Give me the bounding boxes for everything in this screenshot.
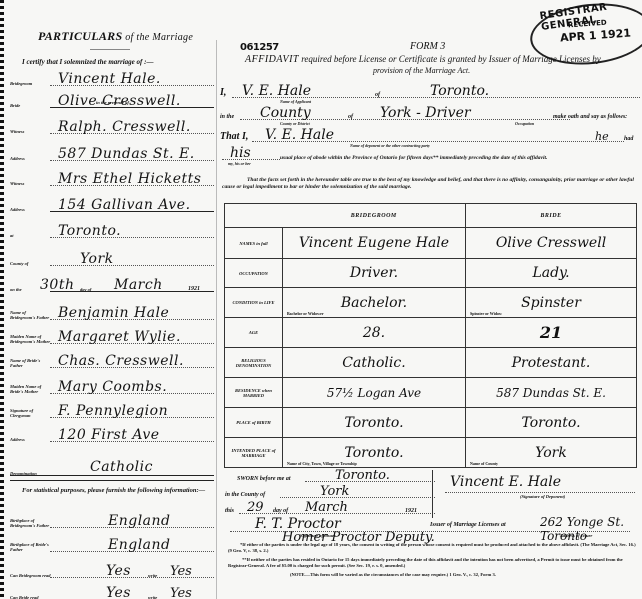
groom-value: Vincent Eugene Hale [283, 228, 466, 259]
field-bride-mother: Maiden Name of Bride's Mother Mary Coomb… [10, 372, 214, 396]
field-denomination: Denomination Catholic [10, 444, 214, 468]
year-value: 1921 [188, 287, 200, 292]
field-label: Signature of Clergyman [10, 408, 52, 418]
groom-value: Catholic. [283, 348, 466, 378]
affidavit-heading: AFFIDAVIT required before License or Cer… [245, 54, 642, 65]
row-label: CONDITION in LIFE [225, 288, 283, 318]
field-value: F. Pennylegion [58, 403, 168, 419]
bride-place-hint: Name of County [470, 461, 498, 466]
day-value: 30th [40, 277, 74, 293]
bride-value: 587 Dundas St. E. [466, 378, 637, 408]
field-value: England [108, 513, 171, 529]
affidavit-line-deponent: That I, V. E. Hale Name of deponent or t… [220, 124, 640, 144]
deponent-signature-label: (Signature of Deponent) [520, 494, 565, 499]
residence-city: Toronto. [430, 83, 489, 99]
field-value: Mrs Ethel Hicketts [58, 171, 201, 187]
field-address-2: Address 154 Gallivan Ave. [10, 190, 214, 214]
field-at: at Toronto. [10, 216, 214, 240]
abode-text: usual place of abode within the Province… [280, 155, 640, 161]
row-label: PLACE of BIRTH [225, 408, 283, 438]
county-type: County [260, 105, 311, 121]
write-value: Yes [170, 586, 192, 599]
title-rule [90, 49, 130, 50]
field-clergyman-signature: Signature of Clergyman F. Pennylegion [10, 396, 214, 420]
field-value: Chas. Cresswell. [58, 353, 184, 369]
groom-value: Bachelor.Bachelor or Widower [283, 288, 466, 318]
field-value: Benjamin Hale [58, 305, 169, 321]
serial-number: 061257 [240, 42, 279, 53]
sworn-county-value: York [320, 484, 349, 499]
row-label: AGE [225, 318, 283, 348]
of-label: of [375, 92, 380, 98]
sworn-year: 1921 [405, 508, 417, 514]
issuer-address-label: Address of Issuer [560, 533, 592, 538]
field-clergyman-address: Address 120 First Ave [10, 420, 214, 444]
read-value: Yes [106, 585, 131, 599]
field-label: County of [10, 261, 52, 266]
field-witness-2: Witness Mrs Ethel Hicketts [10, 164, 214, 188]
presence-note: in the presence of [96, 100, 129, 105]
write-value: Yes [170, 564, 192, 579]
field-label: Witness [10, 181, 52, 186]
groom-value: Toronto. [283, 408, 466, 438]
field-label: Address [10, 156, 52, 161]
line-prefix: That I, [220, 131, 248, 142]
table-row-birthplace: PLACE of BIRTH Toronto. Toronto. [225, 408, 637, 438]
oath-text: make oath and say as follows: [553, 114, 627, 120]
table-header-blank [225, 204, 283, 228]
sworn-at-row: SWORN before me at Toronto. [225, 468, 435, 484]
bride-condition: Spinster [521, 295, 581, 311]
affidavit-heading-line2: provision of the Marriage Act. [373, 66, 470, 75]
field-label: Witness [10, 129, 52, 134]
field-bridegroom: Bridegroom Vincent Hale. [10, 64, 214, 88]
sworn-month-value: March [305, 500, 348, 515]
field-groom-father-birthplace: Birthplace of Bridegroom's Father Englan… [10, 506, 214, 530]
issuer-address: 262 Yonge St. Toronto [540, 515, 642, 543]
footnote-two: **If neither of the parties has resided … [228, 557, 638, 569]
sworn-county-label: in the County of [225, 492, 265, 498]
sworn-day-of-label: day of [273, 508, 288, 514]
sworn-brace [432, 470, 439, 518]
perforated-edge [0, 0, 4, 599]
field-value: York [80, 251, 114, 267]
affidavit-line-county: in the County County or District of York… [220, 102, 640, 122]
sworn-at-value: Toronto. [335, 468, 390, 483]
bride-value: Protestant. [466, 348, 637, 378]
field-county: County of York [10, 244, 214, 268]
bride-value: 21 [466, 318, 637, 348]
of-label: of [348, 114, 353, 120]
deponent-label: Name of deponent or the other contractin… [350, 143, 430, 148]
sworn-date-row: this 29 day of March 1921 [225, 500, 435, 516]
field-witness-1: Witness Ralph. Cresswell. [10, 112, 214, 136]
sworn-block: SWORN before me at Toronto. in the Count… [225, 468, 435, 516]
groom-place-hint: Name of City, Town, Village or Township [287, 461, 357, 466]
field-value: Mary Coombs. [58, 379, 167, 395]
row-label: OCCUPATION [225, 259, 283, 288]
table-row-names: NAMES in full Vincent Eugene Hale Olive … [225, 228, 637, 259]
table-row-residence: RESIDENCE when MARRIED 57½ Logan Ave 587… [225, 378, 637, 408]
groom-value: 57½ Logan Ave [283, 378, 466, 408]
field-value: England [108, 537, 171, 553]
row-label: RELIGIOUS DENOMINATION [225, 348, 283, 378]
field-bride-father-birthplace: Birthplace of Bride's Father England [10, 530, 214, 554]
field-bride-literacy: Can Bride read Yes write Yes [10, 578, 214, 599]
field-label: Maiden Name of Bridegroom's Mother [10, 334, 52, 344]
applicant-name: V. E. Hale [242, 83, 311, 99]
county-occupation: York - Driver [380, 105, 471, 121]
bride-condition-hint: Spinster or Widow [470, 311, 502, 316]
field-label: Name of Bridegroom's Father [10, 310, 52, 320]
field-value: Catholic [90, 459, 153, 475]
table-header-bride: BRIDE [466, 204, 637, 228]
row-label: NAMES in full [225, 228, 283, 259]
table-row-occupation: OCCUPATION Driver. Lady. [225, 259, 637, 288]
sworn-county-row: in the County of York [225, 484, 435, 500]
particulars-title: PARTICULARS of the Marriage [38, 29, 193, 44]
line-prefix: in the [220, 114, 234, 120]
affidavit-line-applicant: I, V. E. Hale Name of Applicant of Toron… [220, 80, 640, 100]
footnote-one: *If either of the parties is under the l… [228, 542, 638, 554]
field-label: Address [10, 207, 52, 212]
bride-value: SpinsterSpinster or Widow [466, 288, 637, 318]
field-value: 587 Dundas St. E. [58, 146, 195, 162]
table-header-bridegroom: BRIDEGROOM [283, 204, 466, 228]
affidavit-line-abode: his my, his or her [220, 142, 280, 162]
footnote-note: (NOTE.—This form will be varied as the c… [290, 572, 630, 578]
statistical-note: For statistical purposes, please furnish… [22, 486, 214, 495]
bride-value: Olive Cresswell [466, 228, 637, 259]
table-row-intended-place: INTENDED PLACE of MARRIAGE Toronto.Name … [225, 438, 637, 468]
field-label: Maiden Name of Bride's Mother [10, 384, 52, 394]
issuer-location-label: Issuer of Marriage Licenses at [430, 522, 506, 528]
field-groom-father: Name of Bridegroom's Father Benjamin Hal… [10, 298, 214, 322]
groom-condition: Bachelor. [341, 295, 407, 311]
field-value: Toronto. [58, 223, 121, 239]
field-label: Birthplace of Bride's Father [10, 542, 52, 552]
field-groom-mother: Maiden Name of Bridegroom's Mother Marga… [10, 322, 214, 346]
table-header-row: BRIDEGROOM BRIDE [225, 204, 637, 228]
sworn-at-label: SWORN before me at [237, 476, 291, 482]
pronoun-value: he [595, 130, 609, 143]
deponent-name: V. E. Hale [265, 127, 334, 143]
column-divider [216, 40, 217, 599]
read-value: Yes [106, 563, 131, 579]
groom-place: Toronto. [344, 445, 403, 461]
field-value: 120 First Ave [58, 427, 160, 443]
write-label: write [148, 595, 157, 599]
groom-condition-hint: Bachelor or Widower [287, 311, 324, 316]
bride-value: Toronto. [466, 408, 637, 438]
field-label: Birthplace of Bridegroom's Father [10, 518, 52, 528]
row-label: RESIDENCE when MARRIED [225, 378, 283, 408]
bride-value: YorkName of County [466, 438, 637, 468]
abode-pronoun-label: my, his or her [228, 161, 251, 166]
field-label: Address [10, 437, 52, 442]
sworn-this-label: this [225, 508, 234, 514]
field-value: Vincent Hale. [58, 71, 161, 87]
month-value: March [114, 277, 163, 293]
field-value: Margaret Wylie. [58, 329, 181, 345]
field-label: at [10, 233, 52, 238]
form-label: FORM 3 [410, 41, 445, 52]
field-label: Name of Bride's Father [10, 358, 52, 368]
field-value: Ralph. Cresswell. [58, 119, 191, 135]
had-label: had [624, 136, 633, 142]
particulars-table: BRIDEGROOM BRIDE NAMES in full Vincent E… [224, 203, 637, 468]
row-label: INTENDED PLACE of MARRIAGE [225, 438, 283, 468]
groom-value: Toronto.Name of City, Town, Village or T… [283, 438, 466, 468]
deponent-signature-line [445, 492, 635, 493]
table-row-denomination: RELIGIOUS DENOMINATION Catholic. Protest… [225, 348, 637, 378]
bride-place: York [535, 445, 567, 461]
table-row-age: AGE 28. 21 [225, 318, 637, 348]
line-prefix: I, [220, 87, 226, 98]
deponent-signature: Vincent E. Hale [450, 474, 561, 490]
groom-value: 28. [283, 318, 466, 348]
field-groom-literacy: Can Bridegroom read Yes write Yes [10, 556, 214, 580]
groom-value: Driver. [283, 259, 466, 288]
day-of-label: day of [80, 287, 91, 292]
field-label: Bride [10, 103, 52, 108]
field-date: on the 30th day of March 1921 [10, 270, 214, 294]
field-value: 154 Gallivan Ave. [58, 197, 191, 213]
sworn-day-value: 29 [247, 500, 264, 515]
table-row-condition: CONDITION in LIFE Bachelor.Bachelor or W… [225, 288, 637, 318]
field-bride: Bride Olive Cresswell. [10, 86, 214, 110]
facts-statement: That the facts set forth in the hereunde… [222, 177, 640, 191]
abode-pronoun: his [230, 145, 251, 161]
field-bride-father: Name of Bride's Father Chas. Cresswell. [10, 346, 214, 370]
bride-value: Lady. [466, 259, 637, 288]
section-divider [10, 475, 214, 481]
field-address-1: Address 587 Dundas St. E. [10, 139, 214, 163]
